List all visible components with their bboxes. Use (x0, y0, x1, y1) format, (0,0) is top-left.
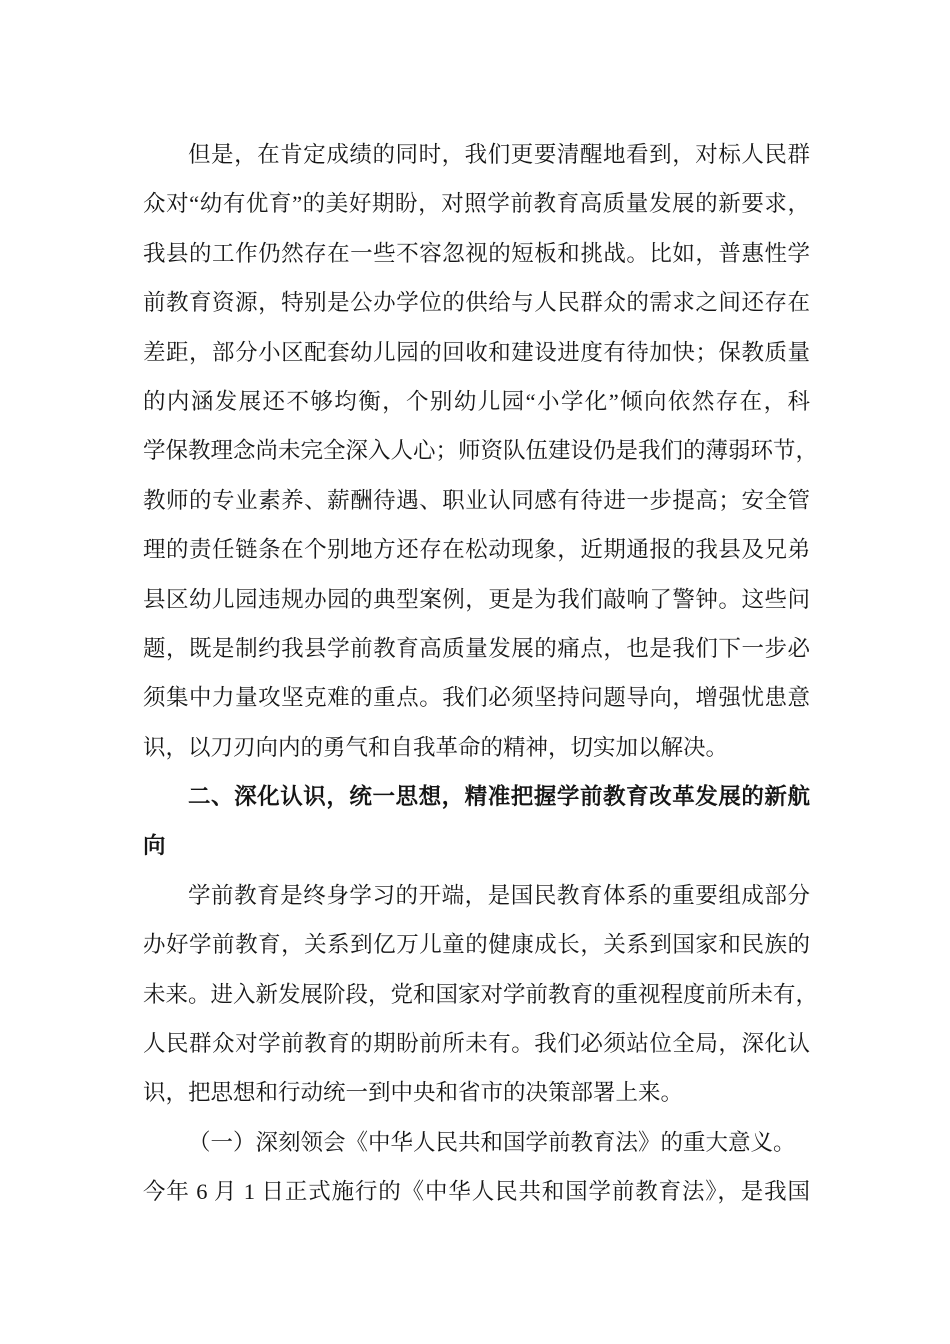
text-line: 题，既是制约我县学前教育高质量发展的痛点，也是我们下一步必 (143, 624, 810, 673)
heading-line: 向 (143, 821, 810, 870)
text-line: 识，把思想和行动统一到中央和省市的决策部署上来。 (143, 1068, 810, 1117)
document-page: 但是，在肯定成绩的同时，我们更要清醒地看到，对标人民群众对“幼有优育”的美好期盼… (0, 0, 950, 1344)
text-line: 我县的工作仍然存在一些不容忽视的短板和挑战。比如，普惠性学 (143, 229, 810, 278)
text-line: 识，以刀刃向内的勇气和自我革命的精神，切实加以解决。 (143, 723, 810, 772)
text-line: 学前教育是终身学习的开端，是国民教育体系的重要组成部分 (143, 871, 810, 920)
heading-line: 二、深化认识，统一思想，精准把握学前教育改革发展的新航 (143, 772, 810, 821)
document-body: 但是，在肯定成绩的同时，我们更要清醒地看到，对标人民群众对“幼有优育”的美好期盼… (143, 130, 810, 1217)
text-line: 前教育资源，特别是公办学位的供给与人民群众的需求之间还存在 (143, 278, 810, 327)
text-line: （一）深刻领会《中华人民共和国学前教育法》的重大意义。 (143, 1118, 810, 1167)
text-line: 但是，在肯定成绩的同时，我们更要清醒地看到，对标人民群 (143, 130, 810, 179)
text-line: 众对“幼有优育”的美好期盼，对照学前教育高质量发展的新要求， (143, 179, 810, 228)
text-line: 理的责任链条在个别地方还存在松动现象，近期通报的我县及兄弟 (143, 525, 810, 574)
text-line: 的内涵发展还不够均衡，个别幼儿园“小学化”倾向依然存在，科 (143, 377, 810, 426)
text-line: 学保教理念尚未完全深入人心；师资队伍建设仍是我们的薄弱环节， (143, 426, 810, 475)
text-line: 县区幼儿园违规办园的典型案例，更是为我们敲响了警钟。这些问 (143, 575, 810, 624)
text-line: 办好学前教育，关系到亿万儿童的健康成长，关系到国家和民族的 (143, 920, 810, 969)
text-line: 今年 6 月 1 日正式施行的《中华人民共和国学前教育法》，是我国 (143, 1167, 810, 1216)
text-line: 未来。进入新发展阶段，党和国家对学前教育的重视程度前所未有， (143, 970, 810, 1019)
text-line: 人民群众对学前教育的期盼前所未有。我们必须站位全局，深化认 (143, 1019, 810, 1068)
text-line: 须集中力量攻坚克难的重点。我们必须坚持问题导向，增强忧患意 (143, 673, 810, 722)
text-line: 差距，部分小区配套幼儿园的回收和建设进度有待加快；保教质量 (143, 328, 810, 377)
text-line: 教师的专业素养、薪酬待遇、职业认同感有待进一步提高；安全管 (143, 476, 810, 525)
